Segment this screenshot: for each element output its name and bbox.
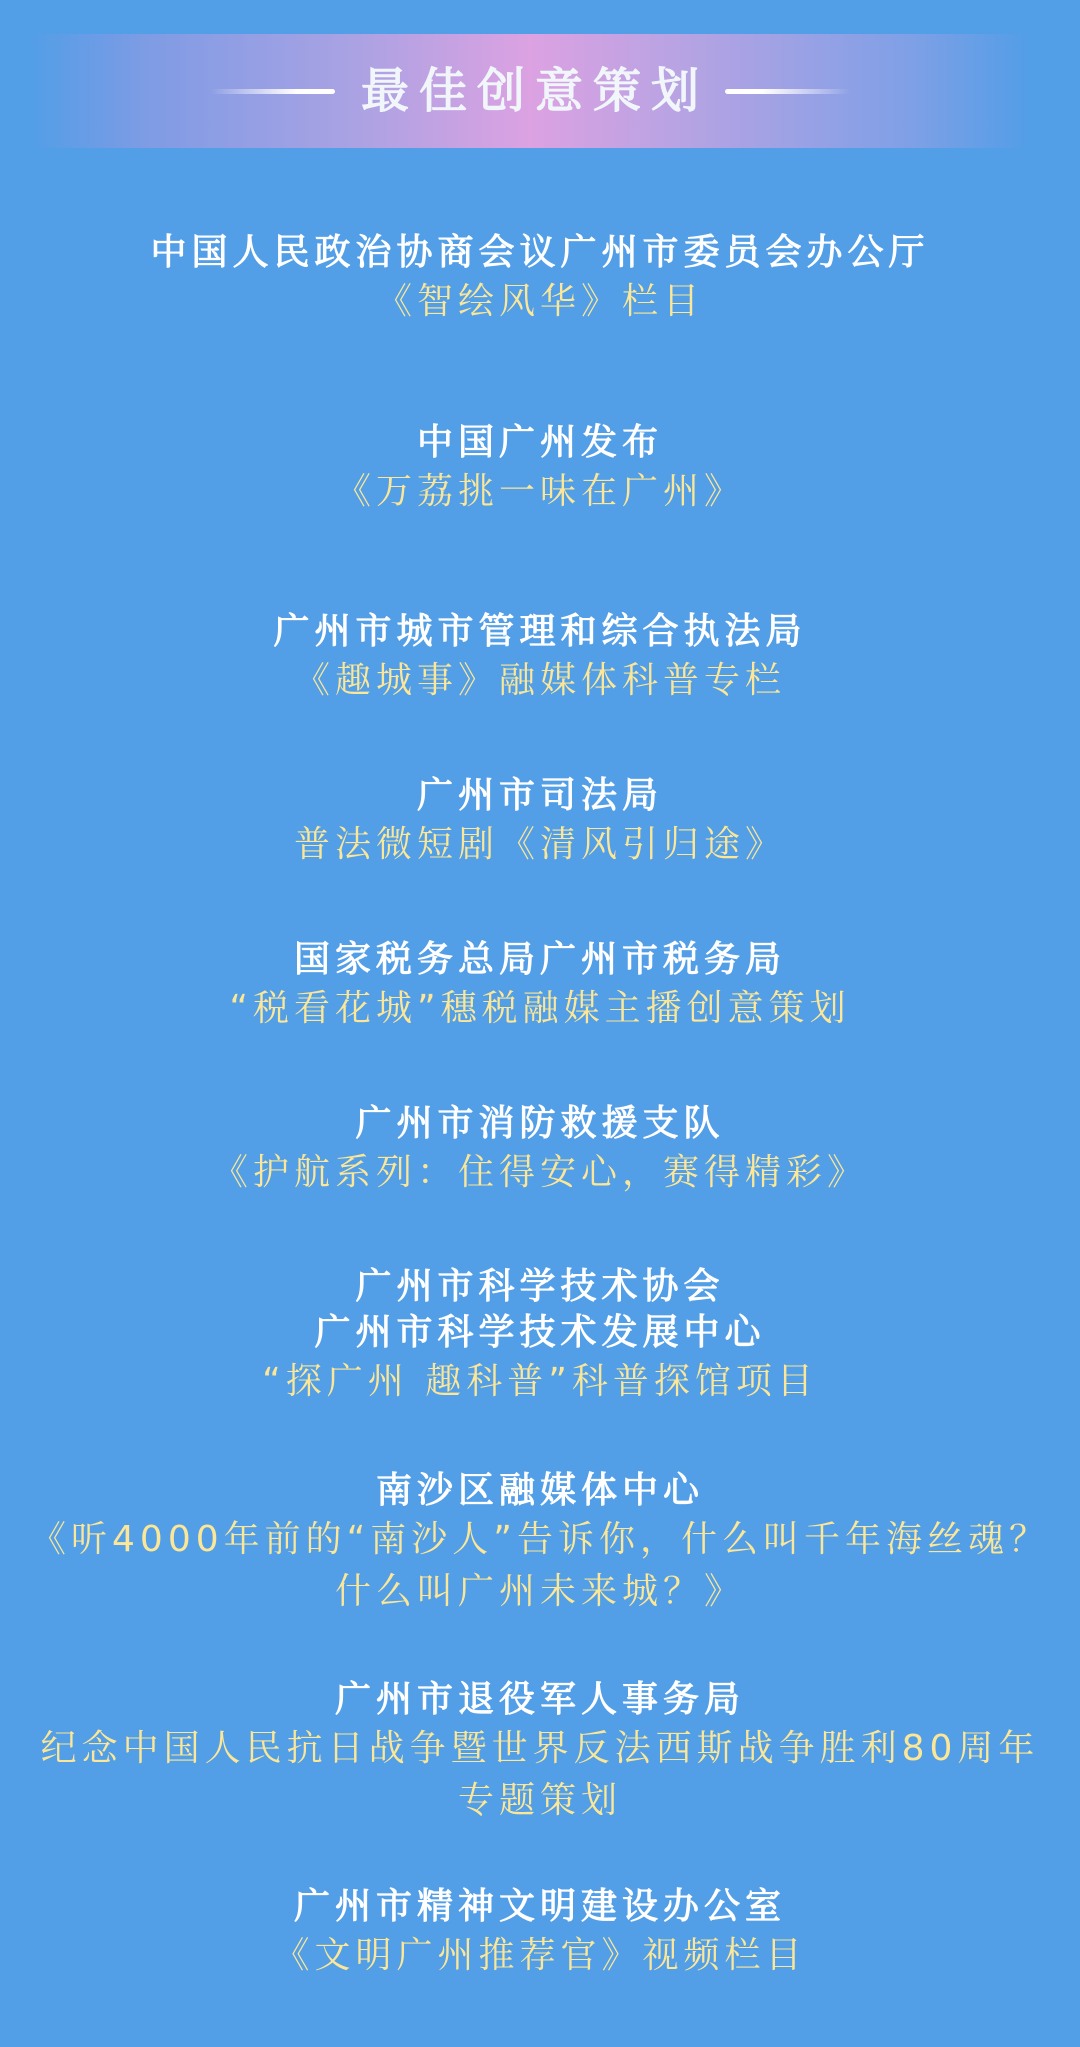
- organization-name: 广州市消防救援支队: [0, 1101, 1080, 1147]
- award-entry: 广州市科学技术协会 广州市科学技术发展中心 “探广州 趣科普”科普探馆项目: [0, 1264, 1080, 1408]
- work-title: “税看花城”穗税融媒主播创意策划: [0, 983, 1080, 1035]
- work-title: 《万荔挑一味在广州》: [0, 466, 1080, 518]
- work-title: 《智绘风华》栏目: [0, 276, 1080, 328]
- award-entry: 广州市精神文明建设办公室 《文明广州推荐官》视频栏目: [0, 1884, 1080, 1982]
- organization-name: 广州市精神文明建设办公室: [0, 1884, 1080, 1930]
- award-entry: 南沙区融媒体中心 《听4000年前的“南沙人”告诉你，什么叫千年海丝魂？ 什么叫…: [0, 1468, 1080, 1618]
- organization-name: 广州市科学技术发展中心: [0, 1310, 1080, 1356]
- page-title: 最佳创意策划: [361, 67, 709, 115]
- work-title: 《趣城事》融媒体科普专栏: [0, 655, 1080, 707]
- title-banner-content: 最佳创意策划: [30, 34, 1030, 148]
- organization-name: 中国人民政治协商会议广州市委员会办公厅: [0, 230, 1080, 276]
- organization-name: 广州市司法局: [0, 773, 1080, 819]
- organization-name: 南沙区融媒体中心: [0, 1468, 1080, 1514]
- organization-name: 广州市城市管理和综合执法局: [0, 609, 1080, 655]
- organization-name: 广州市退役军人事务局: [0, 1677, 1080, 1723]
- work-title: 纪念中国人民抗日战争暨世界反法西斯战争胜利80周年: [0, 1723, 1080, 1775]
- work-title: 《听4000年前的“南沙人”告诉你，什么叫千年海丝魂？: [0, 1514, 1080, 1566]
- work-title: 专题策划: [0, 1775, 1080, 1827]
- award-entry: 广州市城市管理和综合执法局 《趣城事》融媒体科普专栏: [0, 609, 1080, 707]
- award-entry: 广州市司法局 普法微短剧《清风引归途》: [0, 773, 1080, 871]
- work-title: 《护航系列：住得安心，赛得精彩》: [0, 1147, 1080, 1199]
- award-entry: 广州市消防救援支队 《护航系列：住得安心，赛得精彩》: [0, 1101, 1080, 1199]
- work-title: 普法微短剧《清风引归途》: [0, 819, 1080, 871]
- work-title: “探广州 趣科普”科普探馆项目: [0, 1356, 1080, 1408]
- award-entry: 国家税务总局广州市税务局 “税看花城”穗税融媒主播创意策划: [0, 937, 1080, 1035]
- title-decor-line-left: [210, 89, 335, 94]
- title-decor-line-right: [725, 89, 850, 94]
- title-banner: 最佳创意策划: [30, 34, 1030, 148]
- award-entry: 广州市退役军人事务局 纪念中国人民抗日战争暨世界反法西斯战争胜利80周年 专题策…: [0, 1677, 1080, 1827]
- award-entry: 中国广州发布 《万荔挑一味在广州》: [0, 420, 1080, 518]
- organization-name: 广州市科学技术协会: [0, 1264, 1080, 1310]
- work-title: 《文明广州推荐官》视频栏目: [0, 1930, 1080, 1982]
- award-entry: 中国人民政治协商会议广州市委员会办公厅 《智绘风华》栏目: [0, 230, 1080, 328]
- organization-name: 国家税务总局广州市税务局: [0, 937, 1080, 983]
- organization-name: 中国广州发布: [0, 420, 1080, 466]
- work-title: 什么叫广州未来城？》: [0, 1566, 1080, 1618]
